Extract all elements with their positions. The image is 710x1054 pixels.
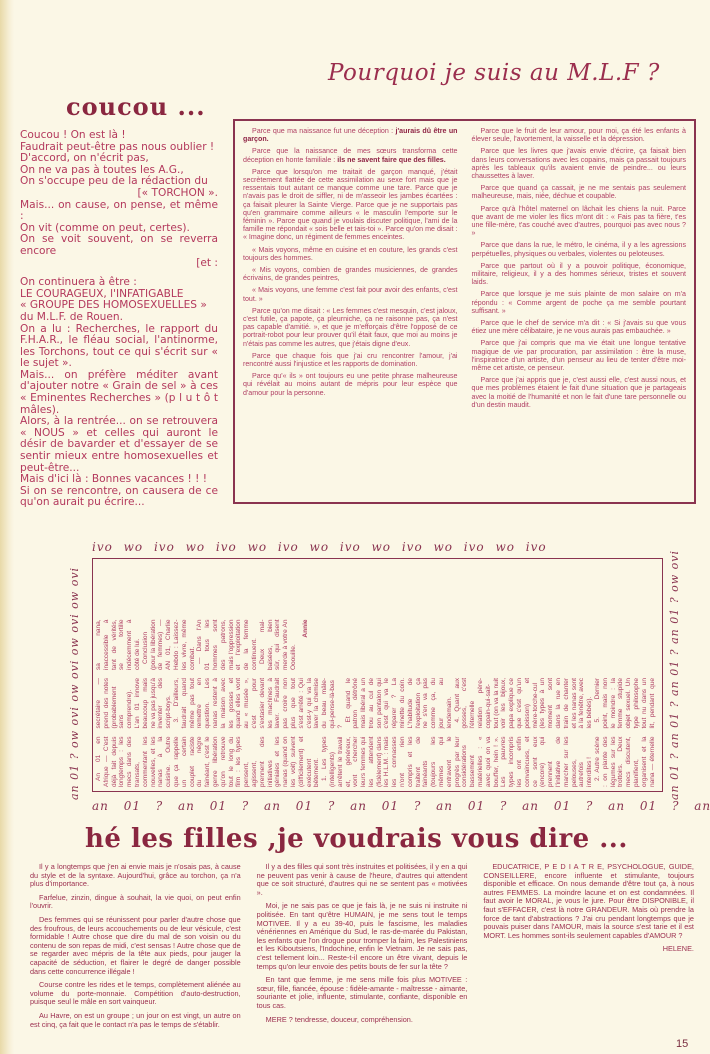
pourquoi-paragraph: Parce que la naissance de mes sœurs tran… — [243, 147, 458, 163]
an01-border-left: an 01 ? ow ovi ow ovi ow ovi ow ovi — [68, 560, 88, 800]
an01-paragraph: 4. Quant aux gosses, c'est l'éternelle r… — [454, 678, 594, 729]
filles-paragraph: Il y a des filles qui sont très instruit… — [257, 863, 468, 897]
pourquoi-article-box: Parce que ma naissance fut une déception… — [233, 119, 696, 504]
an01-article-text: An 01 en Afrique — C'est déjà fait depui… — [95, 561, 660, 787]
pourquoi-paragraph: Parce que quand ça cassait, je ne me sen… — [472, 184, 687, 200]
filles-paragraph: Farfelue, zinzin, dingue à souhait, la v… — [30, 894, 241, 911]
pourquoi-article-text: Parce que ma naissance fut une déception… — [243, 127, 686, 496]
pourquoi-heading: Pourquoi je suis au M.L.F ? — [328, 60, 660, 86]
pourquoi-paragraph: Parce que j'ai appris que je, c'est auss… — [472, 376, 687, 409]
filles-paragraph: Des femmes qui se réunissent pour parler… — [30, 916, 241, 976]
pourquoi-paragraph: Parce que partout où il y a pouvoir poli… — [472, 262, 687, 287]
pourquoi-paragraph: Parce qu'à l'hôtel maternel on lâchait l… — [472, 205, 687, 238]
coucou-line: On se voit souvent, on se reverra encore — [20, 234, 218, 257]
an01-border-right: an 01 ? an 01 ? an 01 ? an 01 ? ow ovi — [668, 560, 688, 800]
an01-paragraph: 3. D'ailleurs, faudrait quand même pas t… — [173, 678, 345, 729]
pourquoi-paragraph: Parce que lorsqu'on me traitait de garço… — [243, 168, 458, 242]
coucou-line: [et : — [20, 258, 218, 270]
pourquoi-paragraph: Parce que les livres que j'avais envie d… — [472, 147, 687, 180]
coucou-article: Coucou ! On est là ! Faudrait peut-être … — [20, 130, 218, 509]
an01-paragraph: Et quand le patron détrôné mais libéral … — [345, 678, 454, 729]
pourquoi-paragraph: Parce qu'« ils » ont toujours eu une pet… — [243, 372, 458, 397]
an01-article-box: An 01 en Afrique — C'est déjà fait depui… — [92, 558, 663, 792]
filles-paragraph: MERE ? tendresse, douceur, compréhension… — [257, 1016, 468, 1025]
filles-paragraph: Moi, je ne sais pas ce que je fais là, j… — [257, 902, 468, 971]
filles-heading: hé les filles ,je voudrais vous dire ... — [85, 824, 628, 854]
an01-border-bottom: an 01 ? an 01 ? an 01 ? an 01 ? an 01 ? … — [92, 799, 710, 813]
coucou-line: Si on se rencontre, on causera de ce qu'… — [20, 486, 218, 509]
an01-paragraph: Deux mal-baisées, bien sûr, qui disent m… — [259, 620, 298, 671]
coucou-line: Alors, à la rentrée... on se retrouvera … — [20, 416, 218, 474]
coucou-line: Coucou ! On est là ! — [20, 130, 218, 142]
coucou-heading: coucou ... — [66, 92, 206, 121]
pourquoi-paragraph: Parce que chaque fois que j'ai cru renco… — [243, 352, 458, 368]
coucou-line: Mais... on préfère méditer avant d'ajout… — [20, 370, 218, 416]
pourquoi-paragraph: Parce que le chef de service m'a dit : «… — [472, 319, 687, 335]
pourquoi-paragraph: « Mais voyons, même en cuisine et en cou… — [243, 246, 458, 262]
filles-paragraph: En tant que femme, je me sens mille fois… — [257, 976, 468, 1010]
page-edge — [0, 0, 14, 1054]
pourquoi-paragraph: « Mais voyons, une femme c'est fait pour… — [243, 286, 458, 302]
filles-paragraph: EDUCATRICE, P E D I A T R E, PSYCHOLOGUE… — [483, 863, 694, 940]
an01-border-top: ivo wo ivo wo ivo wo ivo wo ivo wo ivo w… — [92, 540, 547, 554]
pourquoi-paragraph: Parce que ma naissance fut une déception… — [243, 127, 458, 143]
pourquoi-paragraph: « Mis voyons, combien de grandes musicie… — [243, 266, 458, 282]
filles-paragraph: Au Havre, on est un groupe ; un jour on … — [30, 1012, 241, 1029]
an01-paragraph: — Dans l'An 01 tous les hommes sont des … — [196, 620, 258, 671]
pourquoi-paragraph: Parce que dans la rue, le métro, le ciné… — [472, 241, 687, 257]
coucou-line: [« TORCHON ». — [20, 188, 218, 200]
filles-paragraph: Il y a longtemps que j'en ai envie mais … — [30, 863, 241, 889]
coucou-line: On a lu : Recherches, le rapport du F.H.… — [20, 324, 218, 370]
pourquoi-paragraph: Parce que le fruit de leur amour, pour m… — [472, 127, 687, 143]
coucou-line: du M.L.F. de Rouen. — [20, 312, 218, 324]
coucou-line: On continuera à être : — [20, 277, 218, 289]
pourquoi-paragraph: Parce que lorsque je me suis plainte de … — [472, 290, 687, 315]
filles-paragraph: Course contre les rides et le temps, com… — [30, 981, 241, 1007]
an01-paragraph: 1. Les types (intelligents) arrêtent le … — [321, 737, 594, 788]
an01-paragraph: An 01 en Afrique — C'est déjà fait depui… — [95, 737, 321, 788]
pourquoi-emphasis: j'aurais dû être un garçon. — [243, 127, 458, 143]
pourquoi-paragraph: Parce qu'on me disait : « Les femmes c'e… — [243, 307, 458, 348]
an01-signature: Annie — [302, 620, 310, 671]
pourquoi-emphasis: ils ne savent faire que des filles. — [337, 156, 445, 164]
pourquoi-paragraph: Parce que j'ai compris que ma vie était … — [472, 339, 687, 372]
page-number: 15 — [676, 1038, 688, 1050]
filles-signature: HELENE. — [483, 945, 694, 954]
coucou-line: Mais... on cause, on pense, et même : — [20, 200, 218, 223]
an01-paragraph: Conclusion (pour la libération de femmes… — [142, 620, 197, 671]
filles-article-text: Il y a longtemps que j'en ai envie mais … — [30, 863, 694, 1043]
